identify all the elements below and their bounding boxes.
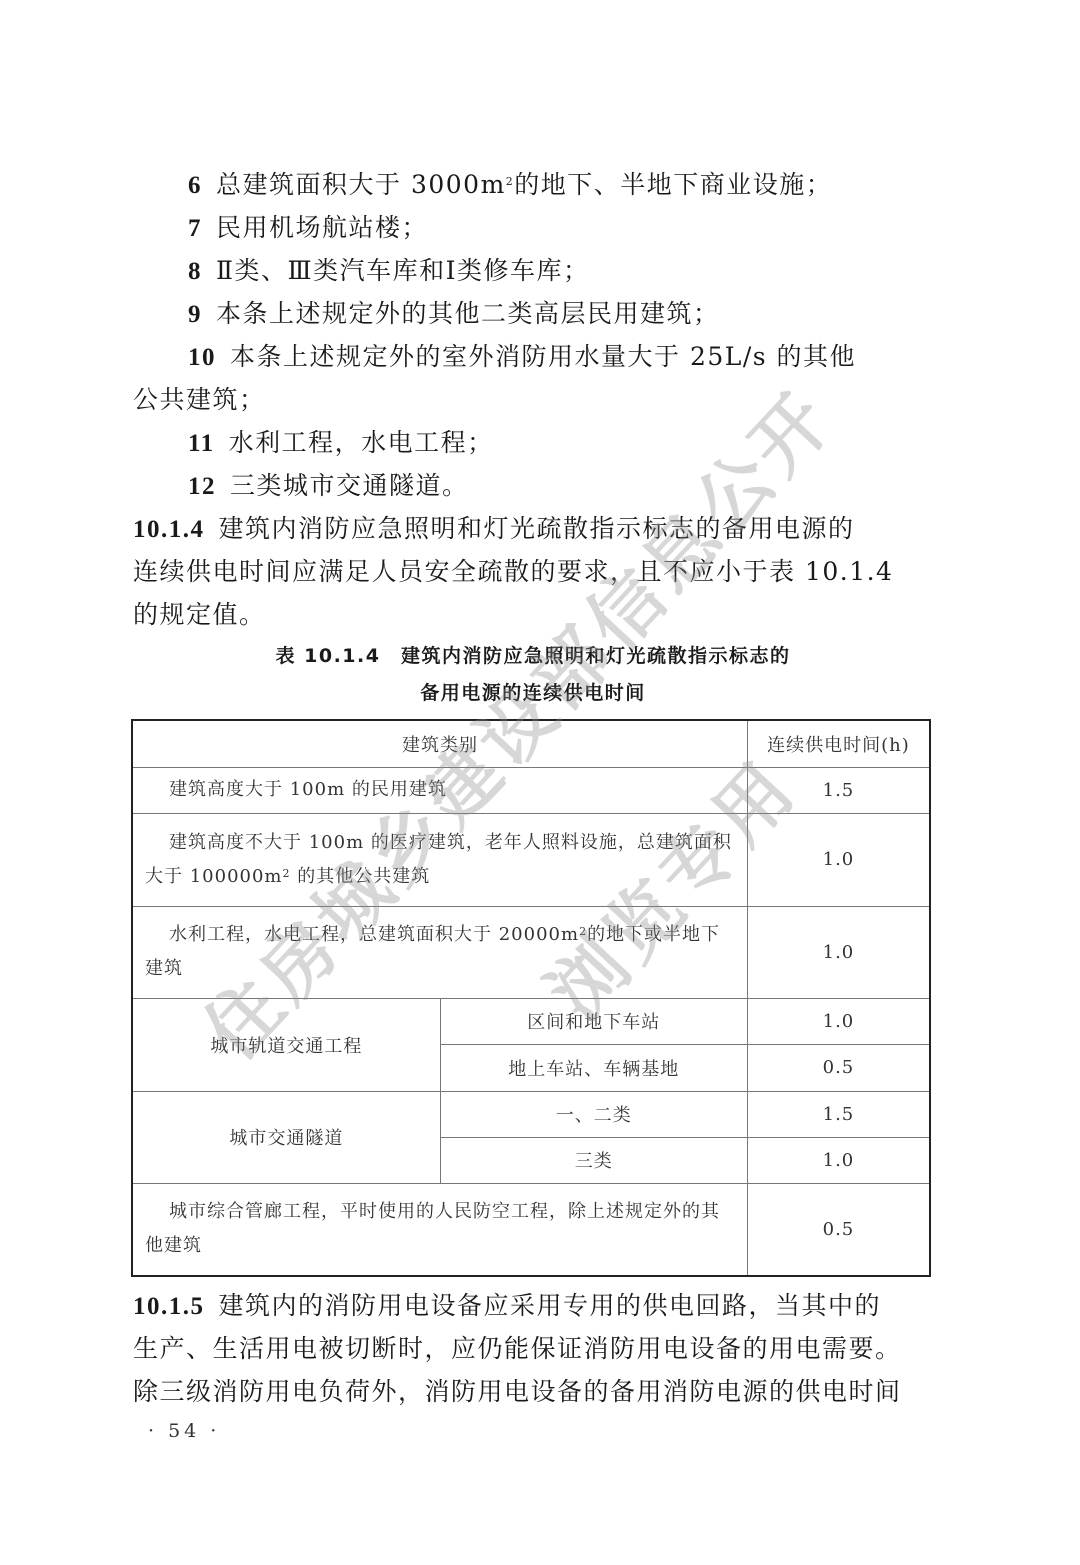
clause-number: 10.1.4 (133, 516, 205, 543)
list-item-12: 12三类城市交通隧道。 (188, 464, 933, 508)
clause-10-1-5: 10.1.5建筑内的消防用电设备应采用专用的供电回路，当其中的 (133, 1284, 933, 1328)
list-item-6: 6总建筑面积大于 3000m2的地下、半地下商业设施； (188, 163, 933, 207)
table-row: 城市交通隧道 一、二类 1.5 (132, 1091, 930, 1137)
clause-10-1-4-line3: 的规定值。 (133, 593, 933, 636)
list-item-10: 10本条上述规定外的室外消防用水量大于 25L/s 的其他 (188, 335, 933, 379)
list-item-8: 8Ⅱ类、Ⅲ类汽车库和Ⅰ类修车库； (188, 249, 933, 293)
list-item-11: 11水利工程，水电工程； (188, 421, 933, 465)
clause-10-1-4-line2: 连续供电时间应满足人员安全疏散的要求，且不应小于表 10.1.4 (133, 550, 933, 593)
clause-10-1-4: 10.1.4建筑内消防应急照明和灯光疏散指示标志的备用电源的 (133, 507, 933, 551)
list-item-10-continuation: 公共建筑； (133, 378, 933, 421)
clause-number: 10.1.5 (133, 1293, 205, 1320)
header-building-category: 建筑类别 (132, 720, 747, 767)
list-item-9: 9本条上述规定外的其他二类高层民用建筑； (188, 292, 933, 336)
table-header-row: 建筑类别 连续供电时间(h) (132, 720, 930, 767)
table-caption: 表 10.1.4 建筑内消防应急照明和灯光疏散指示标志的 (133, 643, 933, 669)
page-number: · 54 · (148, 1420, 220, 1442)
list-item-7: 7民用机场航站楼； (188, 206, 933, 250)
table-caption-line2: 备用电源的连续供电时间 (133, 680, 933, 706)
clause-10-1-5-line3: 除三级消防用电负荷外，消防用电设备的备用消防电源的供电时间 (133, 1370, 933, 1413)
table-row: 城市综合管廊工程，平时使用的人民防空工程，除上述规定外的其他建筑 0.5 (132, 1183, 930, 1276)
clause-10-1-5-line2: 生产、生活用电被切断时，应仍能保证消防用电设备的用电需要。 (133, 1327, 933, 1370)
table-row: 建筑高度不大于 100m 的医疗建筑，老年人照料设施，总建筑面积大于 10000… (132, 813, 930, 906)
table-row: 建筑高度大于 100m 的民用建筑 1.5 (132, 767, 930, 813)
table-row: 水利工程，水电工程，总建筑面积大于 20000m2的地下或半地下建筑 1.0 (132, 906, 930, 998)
power-supply-duration-table: 建筑类别 连续供电时间(h) 建筑高度大于 100m 的民用建筑 1.5 建筑高… (131, 719, 931, 1277)
header-duration: 连续供电时间(h) (747, 720, 930, 767)
table-row: 城市轨道交通工程 区间和地下车站 1.0 (132, 998, 930, 1044)
